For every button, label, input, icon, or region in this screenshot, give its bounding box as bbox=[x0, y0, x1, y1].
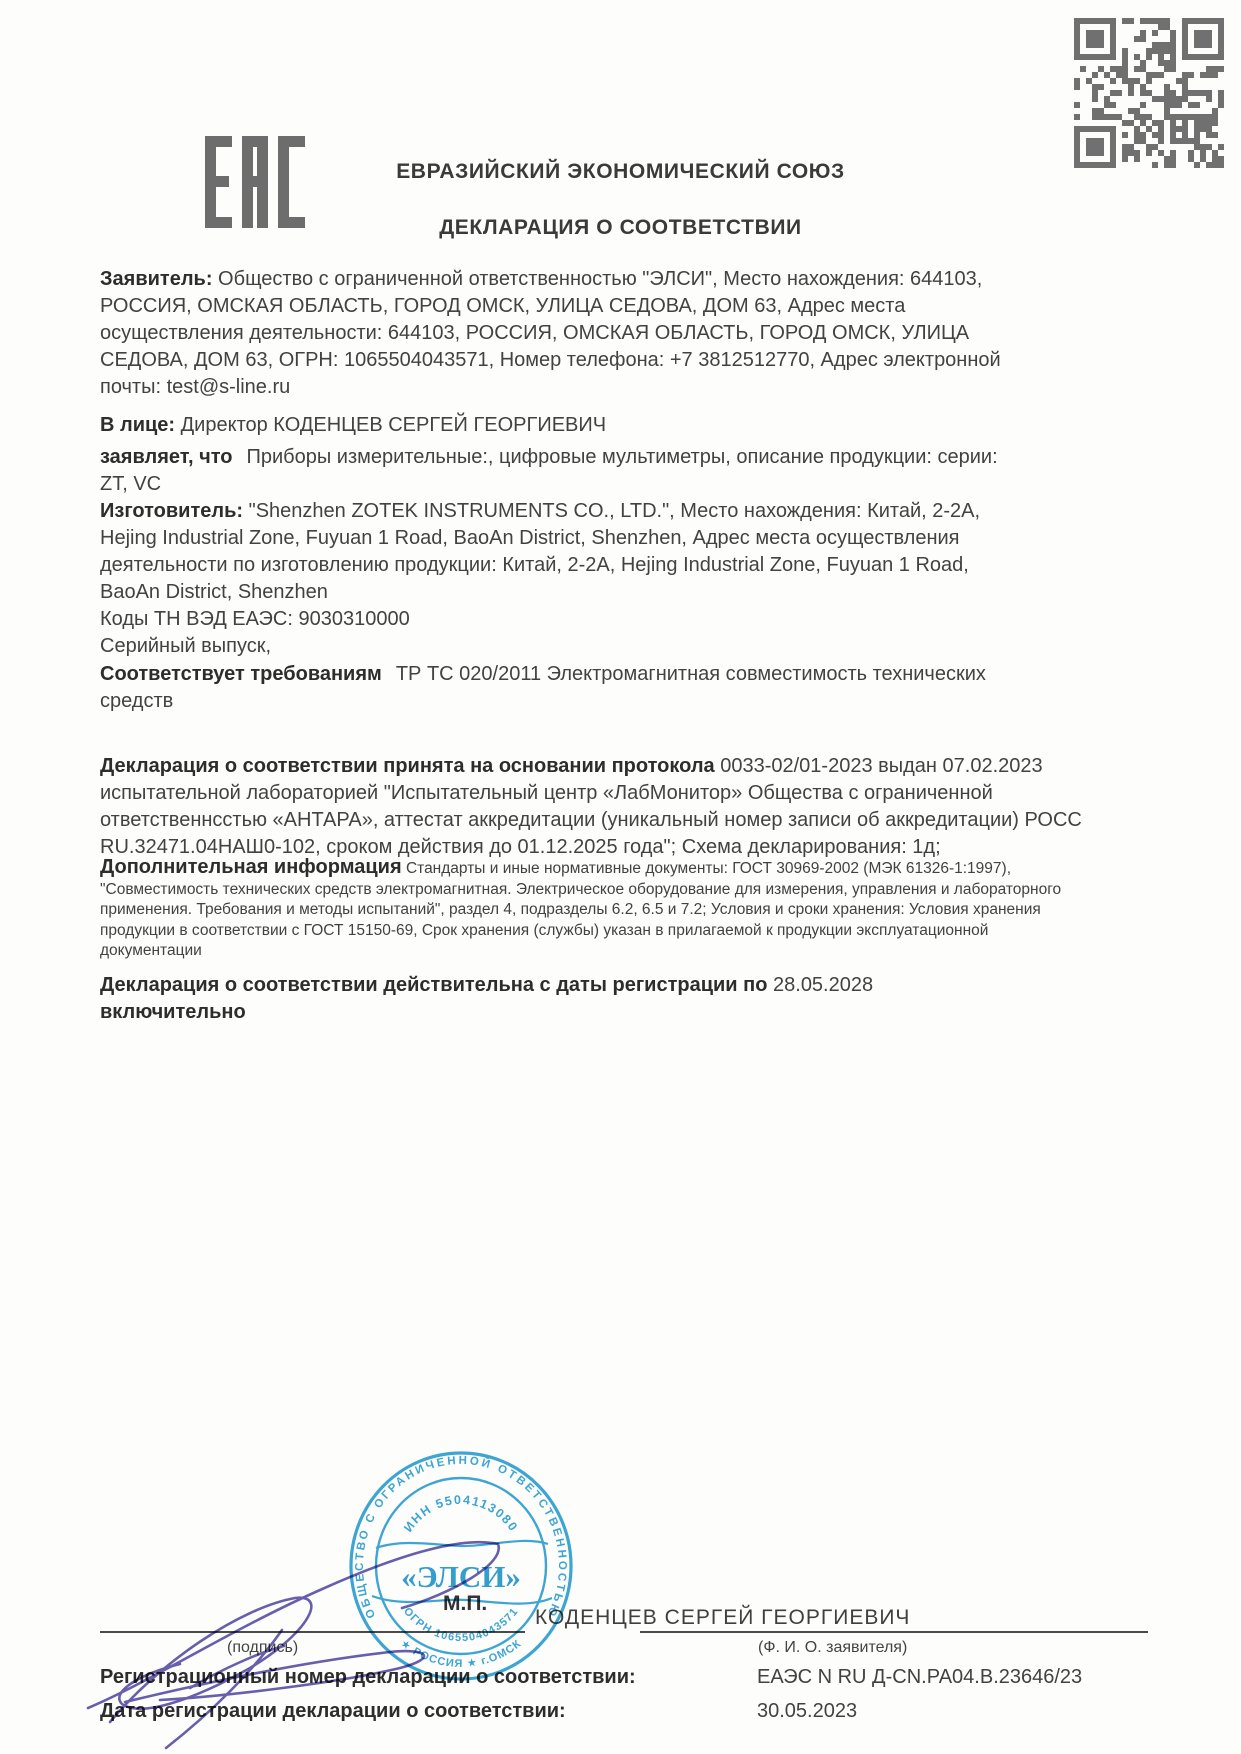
applicant-paragraph: Заявитель: Общество с ограниченной ответ… bbox=[100, 266, 1175, 401]
declares-text: Приборы измерительные:, цифровые мультим… bbox=[100, 446, 998, 495]
declares-paragraph: заявляет, чтоПриборы измерительные:, циф… bbox=[100, 444, 1175, 498]
reg-date-value: 30.05.2023 bbox=[757, 1700, 857, 1723]
union-title: ЕВРАЗИЙСКИЙ ЭКОНОМИЧЕСКИЙ СОЮЗ bbox=[0, 160, 1241, 184]
basis-paragraph: Декларация о соответствии принята на осн… bbox=[100, 753, 1175, 861]
qr-code bbox=[1074, 18, 1230, 168]
validity-date: 28.05.2028 bbox=[767, 974, 873, 996]
in-person-text: Директор КОДЕНЦЕВ СЕРГЕЙ ГЕОРГИЕВИЧ bbox=[175, 414, 606, 436]
validity-suffix: включительно bbox=[100, 999, 1175, 1026]
applicant-text: Общество с ограниченной ответственностью… bbox=[100, 268, 1001, 398]
in-person-label: В лице: bbox=[100, 414, 175, 436]
complies-paragraph: Соответствует требованиямТР ТС 020/2011 … bbox=[100, 661, 1175, 715]
additional-info-paragraph: Дополнительная информация Стандарты и ин… bbox=[100, 857, 1175, 962]
additional-info-label: Дополнительная информация bbox=[100, 856, 402, 878]
declaration-document: ЕВРАЗИЙСКИЙ ЭКОНОМИЧЕСКИЙ СОЮЗ ДЕКЛАРАЦИ… bbox=[0, 0, 1241, 1754]
declares-label: заявляет, что bbox=[100, 446, 233, 468]
validity-label: Декларация о соответствии действительна … bbox=[100, 974, 767, 996]
tnved-line: Коды ТН ВЭД ЕАЭС: 9030310000 bbox=[100, 606, 1175, 633]
applicant-name: КОДЕНЦЕВ СЕРГЕЙ ГЕОРГИЕВИЧ bbox=[535, 1606, 910, 1630]
applicant-label: Заявитель: bbox=[100, 268, 213, 290]
validity-paragraph: Декларация о соответствии действительна … bbox=[100, 972, 1175, 999]
basis-label: Декларация о соответствии принята на осн… bbox=[100, 755, 715, 777]
reg-number-value: ЕАЭС N RU Д-CN.РА04.В.23646/23 bbox=[757, 1666, 1082, 1689]
name-caption: (Ф. И. О. заявителя) bbox=[758, 1639, 907, 1657]
name-line bbox=[640, 1631, 1148, 1633]
manufacturer-paragraph: Изготовитель: "Shenzhen ZOTEK INSTRUMENT… bbox=[100, 498, 1175, 606]
handwritten-signature bbox=[70, 1512, 520, 1752]
serial-line: Серийный выпуск, bbox=[100, 633, 1175, 660]
in-person-paragraph: В лице: Директор КОДЕНЦЕВ СЕРГЕЙ ГЕОРГИЕ… bbox=[100, 412, 1175, 439]
manufacturer-label: Изготовитель: bbox=[100, 500, 243, 522]
document-title: ДЕКЛАРАЦИЯ О СООТВЕТСТВИИ bbox=[0, 216, 1241, 240]
complies-label: Соответствует требованиям bbox=[100, 663, 382, 685]
